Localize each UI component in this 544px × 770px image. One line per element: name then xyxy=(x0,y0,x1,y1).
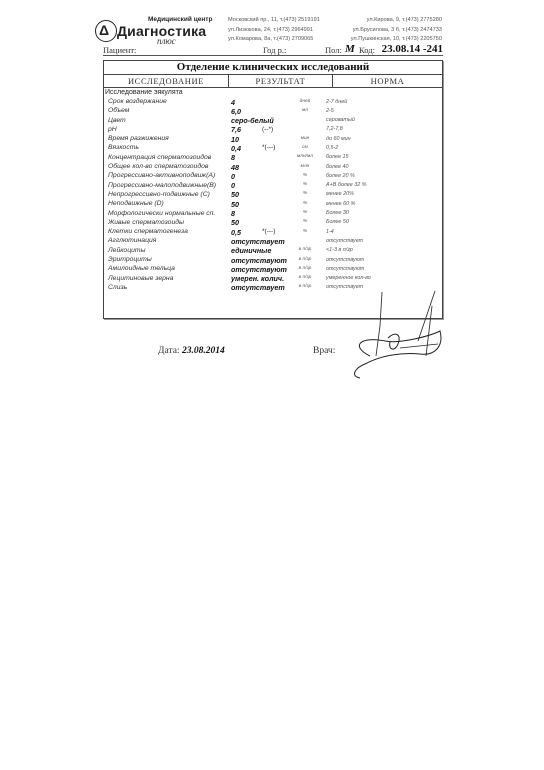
address-line: ул.Лизюкова, 24, т.(473) 2964991 xyxy=(228,26,320,36)
table-rows: Срок воздержание4дней2-7 днейОбъем6,0мл2… xyxy=(104,98,442,293)
result-name: Время разжижения xyxy=(108,135,169,142)
result-flag: *(---) xyxy=(262,144,275,151)
addresses-right: ул.Кирова, 9, т.(473) 2775280 ул.Брусило… xyxy=(350,16,442,45)
table-row: Неподвижные (D)50%менее 60 % xyxy=(104,200,442,209)
result-name: Непрогрессивно-подвижные (С) xyxy=(108,191,210,198)
result-name: Слизь xyxy=(108,284,127,291)
doctor-label: Врач: xyxy=(313,346,335,356)
result-name: Общее кол-во сперматозоидов xyxy=(108,163,208,170)
table-row: pH7,6(--*)7,2-7,8 xyxy=(104,126,442,135)
result-value: 6,0 xyxy=(231,107,241,116)
date-field: Дата: 23.08.2014 xyxy=(158,346,225,356)
table-row: Вязкость0,4*(---)см0,5-2 xyxy=(104,144,442,153)
address-line: Московский пр., 11, т.(473) 2519191 xyxy=(228,16,320,26)
result-norm: 2-7 дней xyxy=(326,99,347,105)
result-value: 0,4 xyxy=(231,144,241,153)
date-label: Дата: xyxy=(158,346,180,356)
result-unit: в п/зр xyxy=(292,284,318,289)
table-title: Отделение клинических исследований xyxy=(104,61,442,75)
result-value: 50 xyxy=(231,218,239,227)
result-value: 7,6 xyxy=(231,125,241,134)
result-unit: в п/зр xyxy=(292,275,318,280)
table-row: Агглютинацияотсутствуетотсутствует xyxy=(104,237,442,246)
result-norm: менее 20% xyxy=(326,191,354,197)
result-value: 48 xyxy=(231,163,239,172)
result-unit: % xyxy=(292,173,318,178)
table-row: Морфологически нормальные сп.8%Более 30 xyxy=(104,210,442,219)
result-norm: отсутствуют xyxy=(326,266,364,272)
table-row: Срок воздержание4дней2-7 дней xyxy=(104,98,442,107)
result-name: pH xyxy=(108,126,117,133)
clinic-subtitle: Медицинский центр xyxy=(148,16,212,23)
result-name: Лейкоциты xyxy=(108,247,146,254)
result-value: 8 xyxy=(231,209,235,218)
sex-value: М xyxy=(345,43,355,55)
section-title: Исследование эякулята xyxy=(105,89,183,96)
result-name: Прогрессивно-активноподвиж(А) xyxy=(108,172,215,179)
result-unit: % xyxy=(292,191,318,196)
result-value: 0,5 xyxy=(231,228,241,237)
result-name: Объем xyxy=(108,107,129,114)
result-name: Амилоидные тельца xyxy=(108,265,175,272)
result-unit: мин xyxy=(292,136,318,141)
result-name: Лецитиновые зерна xyxy=(108,275,173,282)
result-name: Вязкость xyxy=(108,144,139,151)
table-row: Цветсеро-белыйсероватый xyxy=(104,117,442,126)
result-name: Морфологически нормальные сп. xyxy=(108,210,215,217)
birth-year-label: Год р.: xyxy=(263,45,286,55)
result-unit: дней xyxy=(292,99,318,104)
result-norm: 1-4 xyxy=(326,229,334,235)
result-name: Живые сперматозоиды xyxy=(108,219,184,226)
result-unit: в п/зр xyxy=(292,247,318,252)
table-row: Непрогрессивно-подвижные (С)50%менее 20% xyxy=(104,191,442,200)
result-value: отсутствует xyxy=(231,237,285,246)
result-norm: до 60 мин xyxy=(326,136,351,142)
result-norm: <1-3 в п/зр xyxy=(326,247,353,253)
result-unit: млн xyxy=(292,164,318,169)
doctor-signature xyxy=(340,286,460,386)
code-value: 23.08.14 -241 xyxy=(382,43,443,55)
date-value: 23.08.2014 xyxy=(182,346,225,356)
result-name: Концентрация сперматозоидов xyxy=(108,154,211,161)
result-unit: % xyxy=(292,210,318,215)
result-unit: % xyxy=(292,229,318,234)
result-value: умерен. колич. xyxy=(231,274,284,283)
table-row: Прогрессивно-малоподвижные(В)0%А+В более… xyxy=(104,182,442,191)
table-row: Общее кол-во сперматозоидов48млнболее 40 xyxy=(104,163,442,172)
result-value: 8 xyxy=(231,153,235,162)
lab-report-page: Δ Медицинский центр Диагностика плюс Мос… xyxy=(0,0,544,770)
result-norm: А+В более 32 % xyxy=(326,182,367,188)
result-norm: 0,5-2 xyxy=(326,145,338,151)
code-label: Код: xyxy=(359,45,375,55)
divider xyxy=(103,55,443,56)
result-name: Клетки сперматогенеза xyxy=(108,228,188,235)
result-norm: 2-5 xyxy=(326,108,334,114)
result-unit: мл xyxy=(292,108,318,113)
addresses-left: Московский пр., 11, т.(473) 2519191 ул.Л… xyxy=(228,16,320,45)
table-row: Концентрация сперматозоидов8млн/млболее … xyxy=(104,154,442,163)
result-unit: млн/мл xyxy=(292,154,318,159)
table-row: Прогрессивно-активноподвиж(А)0%более 20 … xyxy=(104,172,442,181)
result-value: 4 xyxy=(231,98,235,107)
result-name: Срок воздержание xyxy=(108,98,167,105)
table-row: Время разжижения10миндо 60 мин xyxy=(104,135,442,144)
result-norm: Более 30 xyxy=(326,210,349,216)
result-norm: 7,2-7,8 xyxy=(326,126,343,132)
result-unit: в п/зр xyxy=(292,266,318,271)
result-unit: см xyxy=(292,145,318,150)
result-name: Прогрессивно-малоподвижные(В) xyxy=(108,182,216,189)
column-header-norm: НОРМА xyxy=(333,75,442,87)
clinic-logo: Δ Медицинский центр Диагностика плюс xyxy=(95,14,220,46)
result-flag: *(---) xyxy=(262,228,275,235)
result-norm: отсутствуют xyxy=(326,257,364,263)
result-norm: более 15 xyxy=(326,154,348,160)
result-value: 0 xyxy=(231,172,235,181)
result-value: 10 xyxy=(231,135,239,144)
result-value: единичные xyxy=(231,246,271,255)
result-value: 50 xyxy=(231,190,239,199)
result-norm: менее 60 % xyxy=(326,201,355,207)
result-name: Цвет xyxy=(108,117,126,124)
result-value: 50 xyxy=(231,200,239,209)
sex-label: Пол: xyxy=(325,45,342,55)
result-unit: в п/зр xyxy=(292,257,318,262)
result-unit: % xyxy=(292,201,318,206)
result-name: Агглютинация xyxy=(108,237,156,244)
result-norm: сероватый xyxy=(326,117,355,123)
results-table: Отделение клинических исследований ИССЛЕ… xyxy=(103,60,443,319)
column-header-result: РЕЗУЛЬТАТ xyxy=(229,75,333,87)
result-value: 0 xyxy=(231,181,235,190)
result-unit: % xyxy=(292,219,318,224)
result-name: Неподвижные (D) xyxy=(108,200,164,207)
result-flag: (--*) xyxy=(262,126,273,133)
result-norm: Более 50 xyxy=(326,219,349,225)
patient-label: Пациент: xyxy=(103,45,136,55)
result-norm: умеренное кол-во xyxy=(326,275,371,281)
result-value: отсутствуют xyxy=(231,256,287,265)
result-value: отсутствует xyxy=(231,283,285,292)
result-value: серо-белый xyxy=(231,116,274,125)
column-header-study: ИССЛЕДОВАНИЕ xyxy=(104,75,229,87)
result-norm: более 40 xyxy=(326,164,348,170)
result-name: Эритроциты xyxy=(108,256,152,263)
result-unit: % xyxy=(292,182,318,187)
result-norm: отсутствует xyxy=(326,238,363,244)
result-norm: более 20 % xyxy=(326,173,355,179)
address-line: ул.Кирова, 9, т.(473) 2775280 xyxy=(350,16,442,26)
table-row: Живые сперматозоиды50%Более 50 xyxy=(104,219,442,228)
delta-logo-icon: Δ xyxy=(95,20,117,42)
address-line: ул.Брусилова, 3 б, т.(473) 2474733 xyxy=(350,26,442,36)
table-header: ИССЛЕДОВАНИЕ РЕЗУЛЬТАТ НОРМА xyxy=(104,75,442,88)
result-value: отсутствуют xyxy=(231,265,287,274)
